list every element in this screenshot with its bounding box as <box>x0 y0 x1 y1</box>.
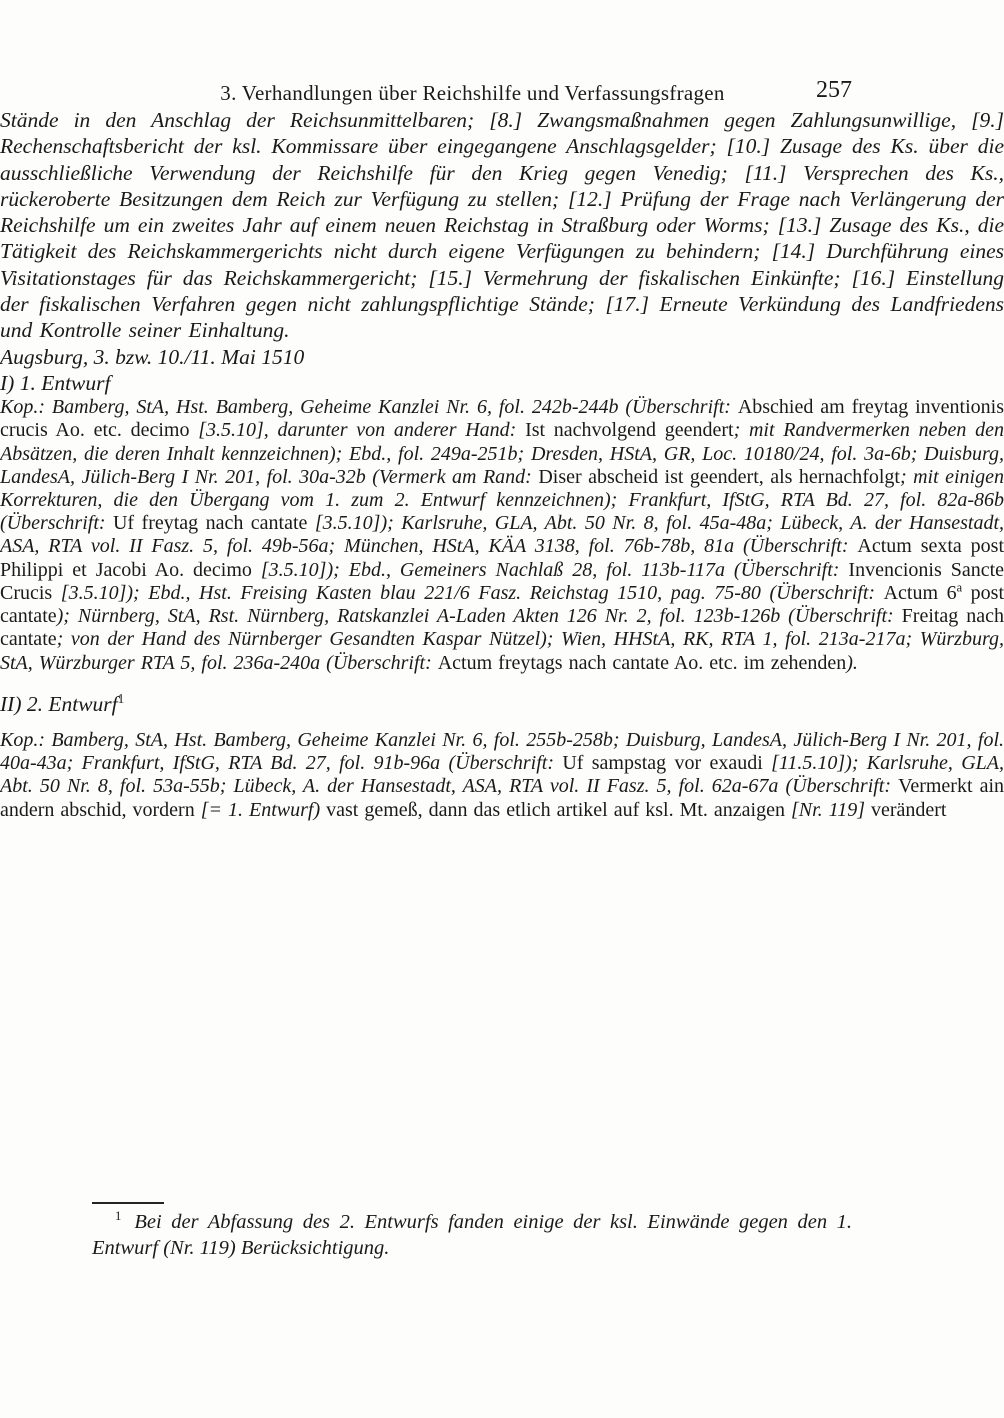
footnote-area: 1Bei der Abfassung des 2. Entwurfs fande… <box>92 1202 852 1261</box>
page-header: 3. Verhandlungen über Reichshilfe und Ve… <box>93 80 852 107</box>
kop-source-paragraph-1: Kop.: Bamberg, StA, Hst. Bamberg, Geheim… <box>0 396 1004 674</box>
footnote-1: 1Bei der Abfassung des 2. Entwurfs fande… <box>92 1209 852 1261</box>
footnote-text: Bei der Abfassung des 2. Entwurfs fanden… <box>92 1211 852 1259</box>
section-heading-2-label: II) 2. Entwurf <box>0 692 118 716</box>
footnote-marker: 1 <box>115 1209 121 1223</box>
running-title: 3. Verhandlungen über Reichshilfe und Ve… <box>93 80 852 107</box>
kop-source-paragraph-2: Kop.: Bamberg, StA, Hst. Bamberg, Geheim… <box>0 729 1004 822</box>
section-heading-draft-2: II) 2. Entwurf1 <box>0 691 1004 717</box>
regest-summary-paragraph: Stände in den Anschlag der Reichsunmitte… <box>0 107 1004 344</box>
footnote-separator-rule <box>92 1202 164 1204</box>
footnote-reference: 1 <box>118 691 125 706</box>
dateline: Augsburg, 3. bzw. 10./11. Mai 1510 <box>0 344 1004 370</box>
page-number: 257 <box>816 77 852 104</box>
section-heading-1-label: I) 1. Entwurf <box>0 371 110 395</box>
section-heading-draft-1: I) 1. Entwurf <box>0 370 1004 396</box>
book-page: 3. Verhandlungen über Reichshilfe und Ve… <box>0 0 1004 1418</box>
